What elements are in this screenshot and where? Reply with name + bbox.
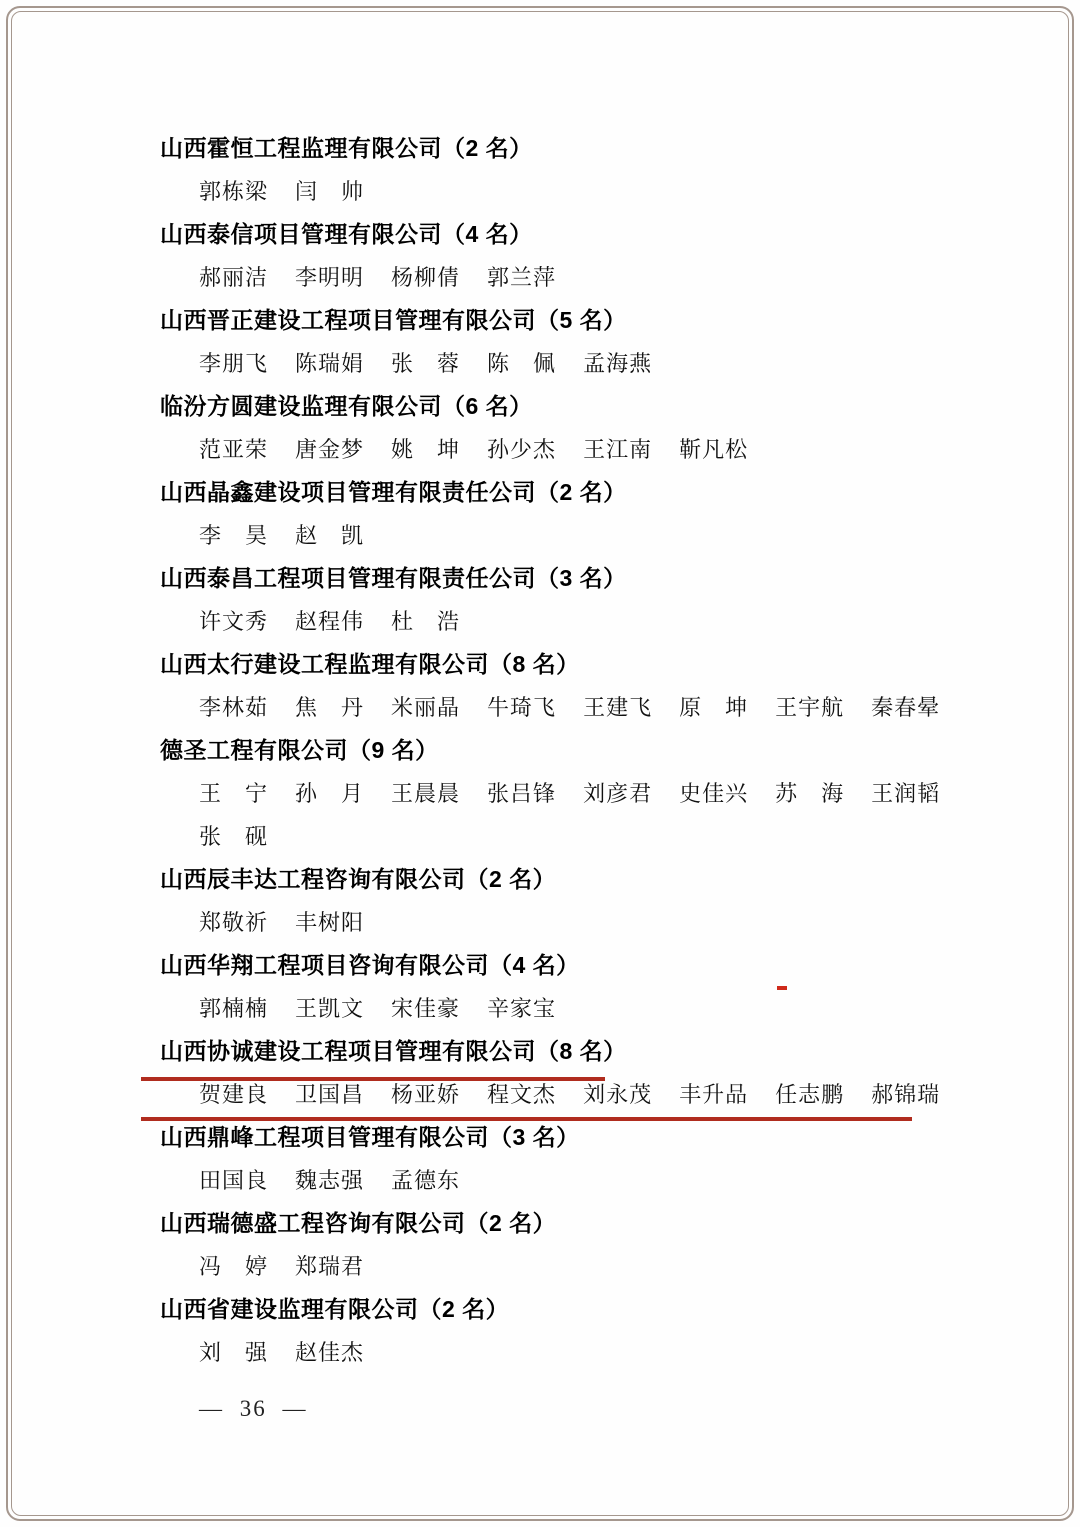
company-heading: 山西省建设监理有限公司（2 名）	[160, 1288, 940, 1331]
person-name: 田国良	[199, 1159, 268, 1202]
person-name: 赵程伟	[295, 600, 364, 643]
company-heading: 山西华翔工程项目咨询有限公司（4 名）	[160, 944, 940, 987]
company-section: 山西太行建设工程监理有限公司（8 名）李林茹焦 丹米丽晶牛琦飞王建飞原 坤王宇航…	[160, 643, 940, 729]
names-line: 许文秀赵程伟杜 浩	[160, 600, 940, 643]
page-number: — 36 —	[199, 1396, 308, 1422]
company-section: 临汾方圆建设监理有限公司（6 名）范亚荣唐金梦姚 坤孙少杰王江南靳凡松	[160, 385, 940, 471]
company-section: 山西华翔工程项目咨询有限公司（4 名）郭楠楠王凯文宋佳豪辛家宝	[160, 944, 940, 1030]
content-area: 山西霍恒工程监理有限公司（2 名）郭栋梁闫 帅山西泰信项目管理有限公司（4 名）…	[160, 127, 940, 1374]
person-name: 贺建良	[199, 1073, 268, 1116]
person-name: 牛琦飞	[487, 686, 556, 729]
person-name: 许文秀	[199, 600, 268, 643]
person-name: 王晨晨	[391, 772, 460, 815]
company-heading: 山西泰昌工程项目管理有限责任公司（3 名）	[160, 557, 940, 600]
person-name: 张吕锋	[487, 772, 556, 815]
company-section: 山西泰昌工程项目管理有限责任公司（3 名）许文秀赵程伟杜 浩	[160, 557, 940, 643]
person-name: 张 蓉	[391, 342, 460, 385]
names-line: 郭楠楠王凯文宋佳豪辛家宝	[160, 987, 940, 1030]
company-section: 德圣工程有限公司（9 名）王 宁孙 月王晨晨张吕锋刘彦君史佳兴苏 海王润韬张 砚	[160, 729, 940, 858]
person-name: 赵佳杰	[295, 1331, 364, 1374]
company-section: 山西瑞德盛工程咨询有限公司（2 名）冯 婷郑瑞君	[160, 1202, 940, 1288]
company-heading: 山西鼎峰工程项目管理有限公司（3 名）	[160, 1116, 940, 1159]
names-line: 张 砚	[160, 815, 940, 858]
names-line: 范亚荣唐金梦姚 坤孙少杰王江南靳凡松	[160, 428, 940, 471]
person-name: 刘永茂	[583, 1073, 652, 1116]
person-name: 辛家宝	[487, 987, 556, 1030]
company-heading: 德圣工程有限公司（9 名）	[160, 729, 940, 772]
person-name: 郭兰萍	[487, 256, 556, 299]
red-annotation-mark	[777, 986, 787, 990]
document-page: 山西霍恒工程监理有限公司（2 名）郭栋梁闫 帅山西泰信项目管理有限公司（4 名）…	[0, 0, 1080, 1527]
person-name: 杜 浩	[391, 600, 460, 643]
person-name: 刘 强	[199, 1331, 268, 1374]
person-name: 宋佳豪	[391, 987, 460, 1030]
person-name: 史佳兴	[679, 772, 748, 815]
company-section: 山西霍恒工程监理有限公司（2 名）郭栋梁闫 帅	[160, 127, 940, 213]
person-name: 郭栋梁	[199, 170, 268, 213]
person-name: 范亚荣	[199, 428, 268, 471]
company-section: 山西泰信项目管理有限公司（4 名）郝丽洁李明明杨柳倩郭兰萍	[160, 213, 940, 299]
names-line: 田国良魏志强孟德东	[160, 1159, 940, 1202]
person-name: 杨柳倩	[391, 256, 460, 299]
names-line: 郝丽洁李明明杨柳倩郭兰萍	[160, 256, 940, 299]
person-name: 丰树阳	[295, 901, 364, 944]
person-name: 孟德东	[391, 1159, 460, 1202]
names-line: 贺建良卫国昌杨亚娇程文杰刘永茂丰升品任志鹏郝锦瑞	[160, 1073, 940, 1116]
person-name: 丰升品	[679, 1073, 748, 1116]
person-name: 刘彦君	[583, 772, 652, 815]
person-name: 赵 凯	[295, 514, 364, 557]
person-name: 王宇航	[775, 686, 844, 729]
person-name: 秦春晕	[871, 686, 940, 729]
person-name: 孙 月	[295, 772, 364, 815]
names-line: 王 宁孙 月王晨晨张吕锋刘彦君史佳兴苏 海王润韬	[160, 772, 940, 815]
person-name: 张 砚	[199, 815, 268, 858]
company-section: 山西协诚建设工程项目管理有限公司（8 名）贺建良卫国昌杨亚娇程文杰刘永茂丰升品任…	[160, 1030, 940, 1116]
company-section: 山西晶鑫建设项目管理有限责任公司（2 名）李 昊赵 凯	[160, 471, 940, 557]
person-name: 杨亚娇	[391, 1073, 460, 1116]
person-name: 郝丽洁	[199, 256, 268, 299]
person-name: 孟海燕	[583, 342, 652, 385]
person-name: 郭楠楠	[199, 987, 268, 1030]
person-name: 李林茹	[199, 686, 268, 729]
person-name: 靳凡松	[679, 428, 748, 471]
company-heading: 山西辰丰达工程咨询有限公司（2 名）	[160, 858, 940, 901]
person-name: 原 坤	[679, 686, 748, 729]
company-heading: 山西晋正建设工程项目管理有限公司（5 名）	[160, 299, 940, 342]
person-name: 任志鹏	[775, 1073, 844, 1116]
person-name: 陈瑞娟	[295, 342, 364, 385]
company-heading: 山西太行建设工程监理有限公司（8 名）	[160, 643, 940, 686]
person-name: 卫国昌	[295, 1073, 364, 1116]
company-section: 山西辰丰达工程咨询有限公司（2 名）郑敬祈丰树阳	[160, 858, 940, 944]
person-name: 王江南	[583, 428, 652, 471]
company-section: 山西晋正建设工程项目管理有限公司（5 名）李朋飞陈瑞娟张 蓉陈 佩孟海燕	[160, 299, 940, 385]
names-line: 郭栋梁闫 帅	[160, 170, 940, 213]
person-name: 郑敬祈	[199, 901, 268, 944]
person-name: 程文杰	[487, 1073, 556, 1116]
person-name: 李明明	[295, 256, 364, 299]
person-name: 陈 佩	[487, 342, 556, 385]
names-line: 李林茹焦 丹米丽晶牛琦飞王建飞原 坤王宇航秦春晕	[160, 686, 940, 729]
person-name: 焦 丹	[295, 686, 364, 729]
names-line: 刘 强赵佳杰	[160, 1331, 940, 1374]
company-heading: 山西晶鑫建设项目管理有限责任公司（2 名）	[160, 471, 940, 514]
person-name: 王凯文	[295, 987, 364, 1030]
person-name: 孙少杰	[487, 428, 556, 471]
company-heading: 山西瑞德盛工程咨询有限公司（2 名）	[160, 1202, 940, 1245]
person-name: 王建飞	[583, 686, 652, 729]
person-name: 苏 海	[775, 772, 844, 815]
company-heading: 临汾方圆建设监理有限公司（6 名）	[160, 385, 940, 428]
person-name: 王 宁	[199, 772, 268, 815]
person-name: 王润韬	[871, 772, 940, 815]
company-section: 山西鼎峰工程项目管理有限公司（3 名）田国良魏志强孟德东	[160, 1116, 940, 1202]
names-line: 李朋飞陈瑞娟张 蓉陈 佩孟海燕	[160, 342, 940, 385]
person-name: 郑瑞君	[295, 1245, 364, 1288]
company-heading: 山西协诚建设工程项目管理有限公司（8 名）	[160, 1030, 940, 1073]
names-line: 郑敬祈丰树阳	[160, 901, 940, 944]
person-name: 李 昊	[199, 514, 268, 557]
person-name: 唐金梦	[295, 428, 364, 471]
company-heading: 山西泰信项目管理有限公司（4 名）	[160, 213, 940, 256]
person-name: 闫 帅	[295, 170, 364, 213]
person-name: 冯 婷	[199, 1245, 268, 1288]
names-line: 冯 婷郑瑞君	[160, 1245, 940, 1288]
person-name: 魏志强	[295, 1159, 364, 1202]
person-name: 米丽晶	[391, 686, 460, 729]
person-name: 姚 坤	[391, 428, 460, 471]
person-name: 郝锦瑞	[871, 1073, 940, 1116]
company-section: 山西省建设监理有限公司（2 名）刘 强赵佳杰	[160, 1288, 940, 1374]
company-heading: 山西霍恒工程监理有限公司（2 名）	[160, 127, 940, 170]
names-line: 李 昊赵 凯	[160, 514, 940, 557]
person-name: 李朋飞	[199, 342, 268, 385]
